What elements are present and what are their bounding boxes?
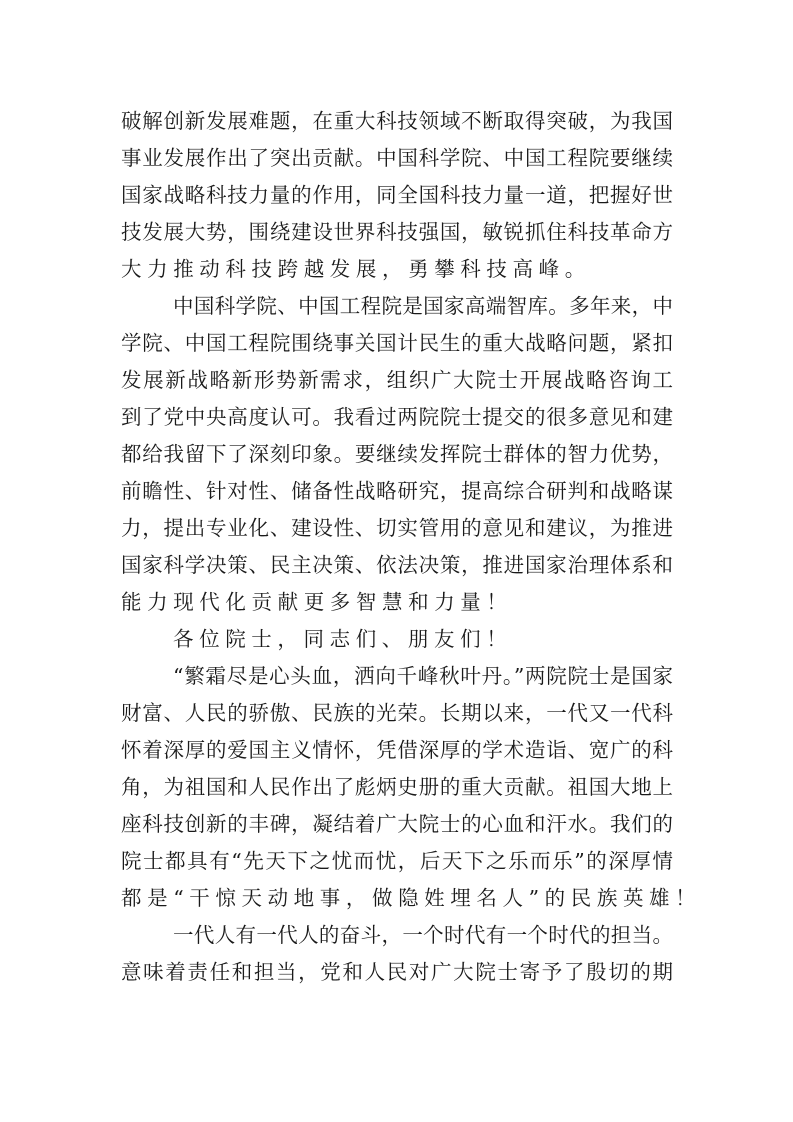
text-line: 国家战略科技力量的作用，同全国科技力量一道，把握好世界科 (121, 177, 673, 214)
text-line: 力，提出专业化、建设性、切实管用的意见和建议，为推进党和 (121, 510, 673, 547)
text-line: 发展新战略新形势新需求，组织广大院士开展战略咨询工作，得 (121, 362, 673, 399)
text-line: 技发展大势，围绕建设世界科技强国，敏锐抓住科技革命方向， (121, 214, 673, 251)
text-line: 破解创新发展难题，在重大科技领域不断取得突破，为我国科技 (121, 103, 673, 140)
text-line: 大力推动科技跨越发展，勇攀科技高峰。 (121, 251, 673, 288)
text-line: 怀着深厚的爱国主义情怀，凭借深厚的学术造诣、宽广的科学视 (121, 732, 673, 769)
document-page: 破解创新发展难题，在重大科技领域不断取得突破，为我国科技 事业发展作出了突出贡献… (0, 0, 793, 1122)
text-line: 前瞻性、针对性、储备性战略研究，提高综合研判和战略谋划能 (121, 473, 673, 510)
body-text: 破解创新发展难题，在重大科技领域不断取得突破，为我国科技 事业发展作出了突出贡献… (121, 103, 673, 991)
text-line: 能力现代化贡献更多智慧和力量！ (121, 584, 673, 621)
text-line: 一代人有一代人的奋斗，一个时代有一个时代的担当。荣誉 (121, 917, 673, 954)
text-line: 国家科学决策、民主决策、依法决策，推进国家治理体系和治理 (121, 547, 673, 584)
text-line: 事业发展作出了突出贡献。中国科学院、中国工程院要继续发挥 (121, 140, 673, 177)
text-line: 都是“干惊天动地事，做隐姓埋名人”的民族英雄！ (121, 880, 673, 917)
text-line: “繁霜尽是心头血，洒向千峰秋叶丹。”两院院士是国家的 (121, 658, 673, 695)
text-line: 各位院士，同志们、朋友们！ (121, 621, 673, 658)
text-line: 都给我留下了深刻印象。要继续发挥院士群体的智力优势，开展 (121, 436, 673, 473)
text-line: 学院、中国工程院围绕事关国计民生的重大战略问题，紧扣国家 (121, 325, 673, 362)
text-line: 中国科学院、中国工程院是国家高端智库。多年来，中国科 (121, 288, 673, 325)
text-line: 角，为祖国和人民作出了彪炳史册的重大贡献。祖国大地上一座 (121, 769, 673, 806)
text-line: 院士都具有“先天下之忧而忧，后天下之乐而乐”的深厚情怀， (121, 843, 673, 880)
text-line: 意味着责任和担当，党和人民对广大院士寄予了殷切的期望。科 (121, 954, 673, 991)
text-line: 座科技创新的丰碑，凝结着广大院士的心血和汗水。我们的很多 (121, 806, 673, 843)
text-line: 财富、人民的骄傲、民族的光荣。长期以来，一代又一代科学家 (121, 695, 673, 732)
text-line: 到了党中央高度认可。我看过两院院士提交的很多意见和建议， (121, 399, 673, 436)
